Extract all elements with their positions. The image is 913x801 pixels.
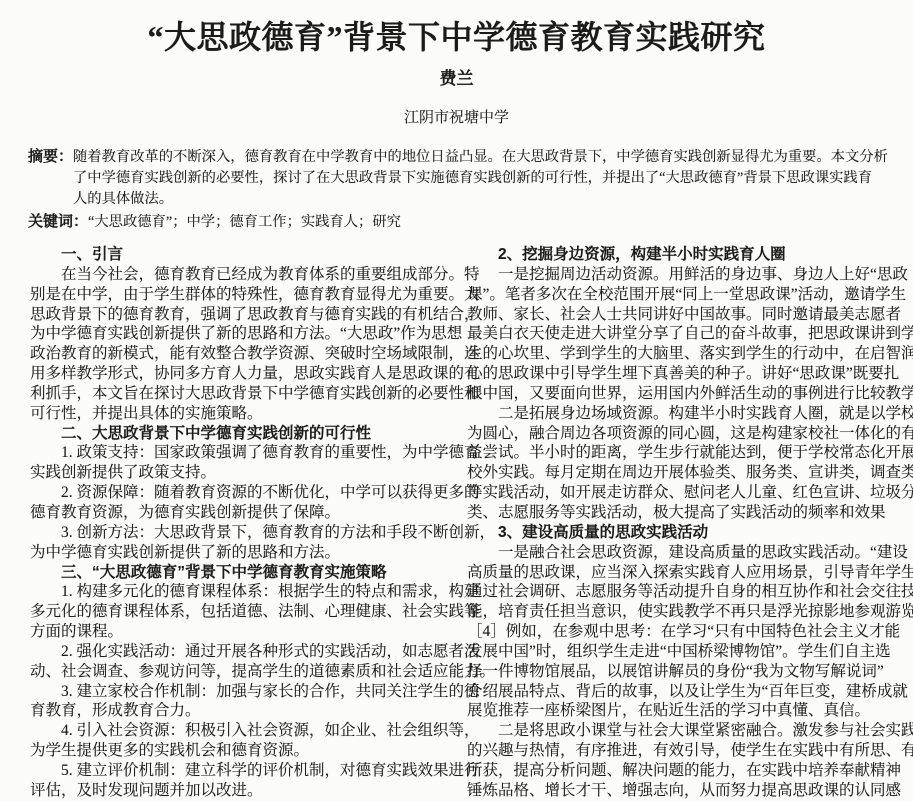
body-text-line: 育教育，形成教育合力。 [30,701,451,721]
body-text-line: 展览推荐一座桥梁图片，在贴近生活的学习中真懂、真信。 [467,701,913,721]
body-text-line: 高质量的思政课，应当深入探索实践育人应用场景，引导青年学生 [467,563,913,583]
body-text-line: 为中学德育实践创新提供了新的思路和方法。“大思政”作为思想 [30,324,451,344]
body-text-line: 5. 建立评价机制：建立科学的评价机制，对德育实践效果进行 [30,761,451,781]
body-text-line: 通过社会调研、志愿服务等活动提升自身的相互协作和社会交往技 [467,582,913,602]
body-text-line: 德育教育资源，为德育实践创新提供了保障。 [30,503,451,523]
body-text-line: 等实践活动，如开展走访群众、慰问老人儿童、红色宣讲、垃圾分 [467,483,913,503]
body-text-line: 一是融合社会思政资源，建设高质量的思政实践活动。“建设 [467,543,913,563]
body-text-line: 4. 引入社会资源：积极引入社会资源，如企业、社会组织等， [30,721,451,741]
body-text-line: 用多样教学形式，协同多方育人力量，思政实践育人是思政课的有 [30,364,451,384]
section-heading-line: 2、挖掘身边资源，构建半小时实践育人圈 [467,245,913,265]
abstract-line: 人的具体做法。 [28,189,913,211]
body-text-line: 1. 政策支持：国家政策强调了德育教育的重要性，为中学德育 [30,443,451,463]
section-heading-line: 三、“大思政德育”背景下中学德育教育实施策略 [30,563,451,583]
body-text-line: 的兴趣与热情，有序推进，有效引导，使学生在实践中有所思、有 [467,741,913,761]
body-text-line: 多元化的德育课程体系，包括道德、法制、心理健康、社会实践等 [30,602,451,622]
body-text-line: 实践创新提供了政策支持。 [30,463,451,483]
body-text-line: 发展中国”时，组织学生走进“中国桥梁博物馆”。学生们自主选 [467,642,913,662]
abstract-line: 摘要：随着教育改革的不断深入，德育教育在中学教育中的地位日益凸显。在大思政背景下… [28,146,913,168]
section-heading-line: 一、引言 [30,245,451,265]
keywords-line: 关键词：“大思政德育”；中学；德育工作；实践育人；研究 [28,211,913,233]
body-text-line: 择一件博物馆展品，以展馆讲解员的身份“我为文物写解说词” [467,662,913,682]
body-text-line: 益尝试。半小时的距离，学生步行就能达到，便于学校常态化开展 [467,443,913,463]
body-text-line: 在当今社会，德育教育已经成为教育体系的重要组成部分。特 [30,265,451,285]
scanned-paper-page: “大思政德育”背景下中学德育教育实践研究 费兰 江阴市祝塘中学 摘要：随着教育改… [0,0,913,801]
body-text-line: 为中学德育实践创新提供了新的思路和方法。 [30,543,451,563]
abstract-section: 摘要：随着教育改革的不断深入，德育教育在中学教育中的地位日益凸显。在大思政背景下… [28,146,913,211]
body-text-line: 政治教育的新模式，能有效整合教学资源、突破时空场域限制，运 [30,344,451,364]
body-text-line: 所获，提高分析问题、解决问题的能力，在实践中培养奉献精神 [467,761,913,781]
body-text-line: 动、社会调查、参观访问等，提高学生的道德素质和社会适应能力。 [30,662,451,682]
body-text-line: 能，培育责任担当意识，使实践教学不再只是浮光掠影地参观游览 [467,602,913,622]
body-text-line: 3. 建立家校合作机制：加强与家长的合作，共同关注学生的德 [30,682,451,702]
body-text-line: 可行性，并提出具体的实施策略。 [30,404,451,424]
section-heading-line: 3、建设高质量的思政实践活动 [467,523,913,543]
body-text-line: 别是在中学，由于学生群体的特殊性，德育教育显得尤为重要。大 [30,285,451,305]
body-column-right: 2、挖掘身边资源，构建半小时实践育人圈一是挖掘周边活动资源。用鲜活的身边事、身边… [467,245,913,801]
body-text-line: 根中国，又要面向世界，运用国内外鲜活生动的事例进行比较教学 [467,384,913,404]
body-text-line: 一是挖掘周边活动资源。用鲜活的身边事、身边人上好“思政 [467,265,913,285]
abstract-text: 随着教育改革的不断深入，德育教育在中学教育中的地位日益凸显。在大思政背景下，中学… [73,149,888,165]
keywords-label: 关键词： [28,213,88,230]
body-column-left: 一、引言在当今社会，德育教育已经成为教育体系的重要组成部分。特别是在中学，由于学… [30,245,451,801]
affiliation: 江阴市祝塘中学 [0,106,913,127]
body-text-line: 二是拓展身边场域资源。构建半小时实践育人圈，就是以学校 [467,404,913,424]
body-text-line: 类、志愿服务等实践活动，极大提高了实践活动的频率和效果 [467,503,913,523]
body-text-line: 校外实践。每月定期在周边开展体验类、服务类、宣讲类，调查类 [467,463,913,483]
body-text-line: 3. 创新方法：大思政背景下，德育教育的方法和手段不断创新， [30,523,451,543]
body-text-line: 生的心坎里、学到学生的大脑里、落实到学生的行动中，在启智润 [467,344,913,364]
body-text-line: 思政背景下的德育教育，强调了思政教育与德育实践的有机结合， [30,305,451,325]
body-text-line: 介绍展品特点、背后的故事，以及让学生为“百年巨变，建桥成就 [467,682,913,702]
body-text-line: 心的思政课中引导学生埋下真善美的种子。讲好“思政课”既要扎 [467,364,913,384]
body-text-line: 1. 构建多元化的德育课程体系：根据学生的特点和需求，构建 [30,582,451,602]
body-text-line: 2. 资源保障：随着教育资源的不断优化，中学可以获得更多的 [30,483,451,503]
author-name: 费兰 [0,64,913,89]
body-text-line: 最美白衣天使走进大讲堂分享了自己的奋斗故事，把思政课讲到学 [467,324,913,344]
body-text-line: 二是将思政小课堂与社会大课堂紧密融合。激发参与社会实践 [467,721,913,741]
abstract-label: 摘要： [28,148,73,165]
body-text-line: 锤炼品格、增长才干、增强志向，从而努力提高思政课的认同感 [467,781,913,801]
body-text-line: 教师、家长、社会人士共同讲好中国故事。同时邀请最美志愿者 [467,305,913,325]
abstract-line: 了中学德育实践创新的必要性，探讨了在大思政背景下实施德育实践创新的可行性，并提出… [28,168,913,190]
body-text-line: ［4］例如，在参观中思考：在学习“只有中国特色社会主义才能 [467,622,913,642]
body-text-line: 课”。笔者多次在全校范围开展“同上一堂思政课”活动，邀请学生 [467,285,913,305]
body-text-line: 为学生提供更多的实践机会和德育资源。 [30,741,451,761]
keywords-section: 关键词：“大思政德育”；中学；德育工作；实践育人；研究 [28,211,913,233]
body-text-line: 方面的课程。 [30,622,451,642]
body-text-line: 评估，及时发现问题并加以改进。 [30,781,451,801]
paper-title: “大思政德育”背景下中学德育教育实践研究 [0,12,913,58]
section-heading-line: 二、大思政背景下中学德育实践创新的可行性 [30,424,451,444]
body-text-line: 2. 强化实践活动：通过开展各种形式的实践活动，如志愿者活 [30,642,451,662]
keywords-text: “大思政德育”；中学；德育工作；实践育人；研究 [88,214,401,230]
body-text-line: 利抓手，本文旨在探讨大思政背景下中学德育实践创新的必要性和 [30,384,451,404]
body-text-line: 为圆心，融合周边各项资源的同心圆，这是构建家校社一体化的有 [467,424,913,444]
